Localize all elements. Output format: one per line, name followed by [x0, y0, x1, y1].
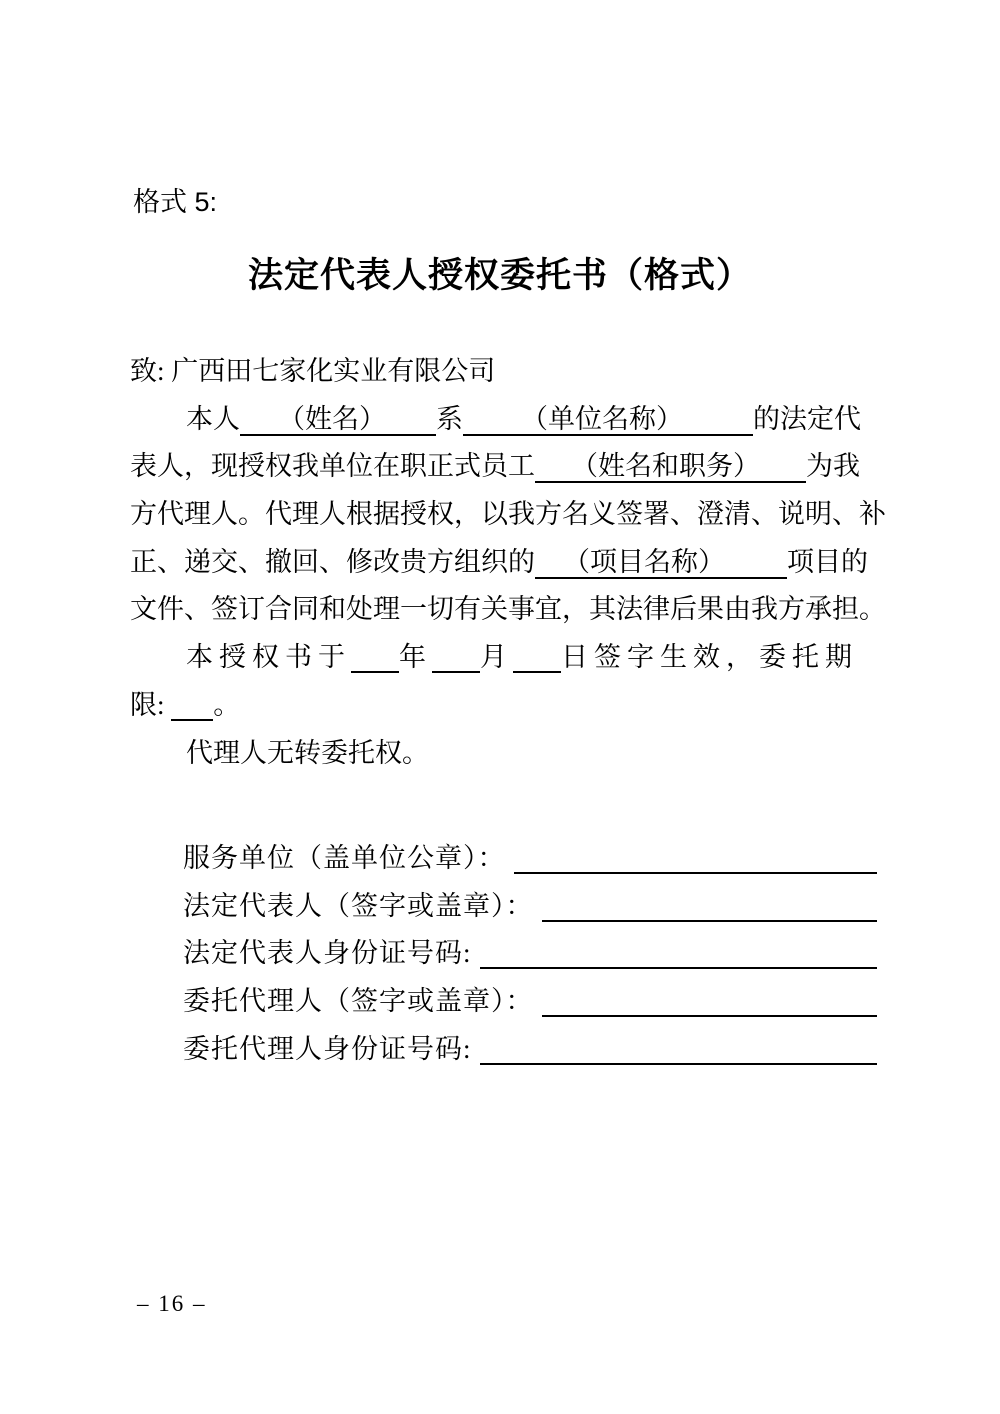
body-line-8: 代理人无转委托权。 — [130, 730, 878, 778]
body-line-1: 本人（姓名）系（单位名称）的法定代 — [130, 396, 878, 444]
document-title: 法定代表人授权委托书（格式） — [0, 248, 1000, 298]
legal-rep-id-label: 法定代表人身份证号码: — [183, 930, 472, 978]
signature-row-service-unit: 服务单位（盖单位公章）： — [183, 835, 877, 883]
line6-effective-post: 日签字生效，委托期 — [561, 642, 858, 672]
line5-text: 文件、签订合同和处理一切有关事宜，其法律后果由我方承担。 — [130, 594, 886, 624]
unit-name-blank-field: （单位名称） — [463, 404, 753, 436]
legal-rep-sign-label: 法定代表人（签字或盖章）： — [183, 883, 534, 931]
line6-effective-pre: 本授权书于 — [186, 642, 351, 672]
no-subdelegation-text: 代理人无转委托权。 — [186, 738, 429, 768]
page-number: – 16 – — [137, 1291, 207, 1317]
agent-sign-label: 委托代理人（签字或盖章）： — [183, 978, 534, 1026]
term-blank-field — [171, 691, 213, 721]
document-body: 致: 广西田七家化实业有限公司 本人（姓名）系（单位名称）的法定代 表人，现授权… — [130, 348, 878, 777]
agent-id-line — [480, 1026, 877, 1074]
format-label: 格式 5: — [133, 180, 217, 219]
line1-mid: 系 — [436, 404, 463, 434]
line2-pre: 表人，现授权我单位在职正式员工 — [130, 451, 535, 481]
line6-month-label: 月 — [480, 642, 513, 672]
body-line-7: 限: 。 — [130, 682, 878, 730]
body-line-2: 表人，现授权我单位在职正式员工（姓名和职务）为我 — [130, 443, 878, 491]
year-blank-field — [351, 643, 399, 673]
month-blank-field — [432, 643, 480, 673]
body-line-5: 文件、签订合同和处理一切有关事宜，其法律后果由我方承担。 — [130, 586, 878, 634]
signature-row-agent-id: 委托代理人身份证号码: — [183, 1026, 877, 1074]
project-name-blank-field: （项目名称） — [535, 547, 787, 579]
agent-id-label: 委托代理人身份证号码: — [183, 1026, 472, 1074]
line7-term-label: 限: — [130, 690, 165, 720]
signature-block: 服务单位（盖单位公章）： 法定代表人（签字或盖章）： 法定代表人身份证号码: 委… — [183, 835, 877, 1073]
signature-row-legal-rep-id: 法定代表人身份证号码: — [183, 930, 877, 978]
signature-row-agent-sign: 委托代理人（签字或盖章）： — [183, 978, 877, 1026]
line7-period-mark: 。 — [213, 690, 240, 720]
line1-post: 的法定代 — [753, 404, 861, 434]
recipient-line: 致: 广西田七家化实业有限公司 — [130, 348, 878, 396]
legal-rep-id-line — [480, 930, 877, 978]
line2-post: 为我 — [806, 451, 860, 481]
day-blank-field — [513, 643, 561, 673]
line3-text: 方代理人。代理人根据授权，以我方名义签署、澄清、说明、补 — [130, 499, 886, 529]
recipient-text: 致: 广西田七家化实业有限公司 — [130, 356, 495, 386]
service-unit-label: 服务单位（盖单位公章）： — [183, 835, 506, 883]
body-line-6: 本授权书于年月日签字生效，委托期 — [130, 634, 878, 682]
agent-name-title-blank-field: （姓名和职务） — [535, 451, 806, 483]
agent-signature-line — [542, 978, 878, 1026]
line6-year-label: 年 — [399, 642, 432, 672]
legal-rep-signature-line — [542, 883, 878, 931]
name-blank-field: （姓名） — [240, 404, 436, 436]
document-page: 格式 5: 法定代表人授权委托书（格式） 致: 广西田七家化实业有限公司 本人（… — [0, 0, 1000, 1414]
line4-pre: 正、递交、撤回、修改贵方组织的 — [130, 547, 535, 577]
signature-row-legal-rep-sign: 法定代表人（签字或盖章）： — [183, 883, 877, 931]
service-unit-signature-line — [514, 835, 878, 883]
line4-post: 项目的 — [787, 547, 868, 577]
body-line-4: 正、递交、撤回、修改贵方组织的（项目名称）项目的 — [130, 539, 878, 587]
line1-pre: 本人 — [186, 404, 240, 434]
body-line-3: 方代理人。代理人根据授权，以我方名义签署、澄清、说明、补 — [130, 491, 878, 539]
